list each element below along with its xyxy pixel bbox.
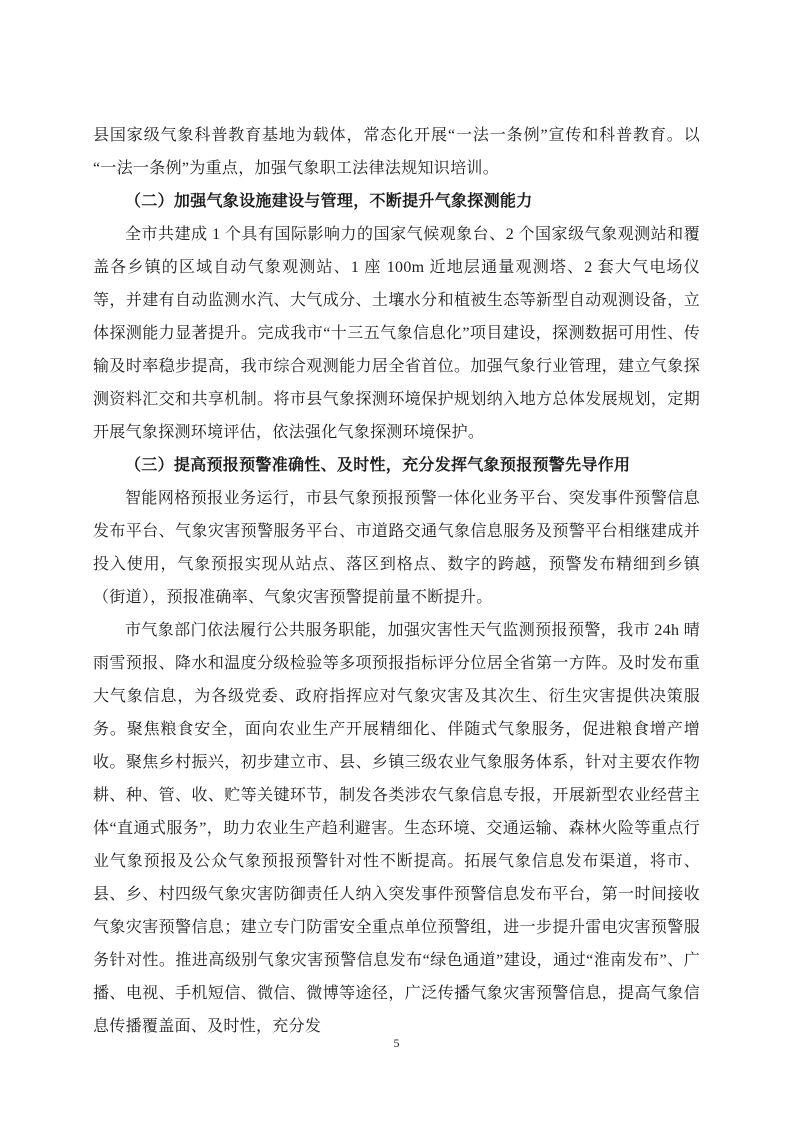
section-heading-3: （三）提高预报预警准确性、及时性，充分发挥气象预报预警先导作用 bbox=[93, 449, 700, 482]
paragraph-observation-capability: 全市共建成 1 个具有国际影响力的国家气候观象台、2 个国家级气象观测站和覆盖各… bbox=[93, 218, 700, 449]
paragraph-public-service: 市气象部门依法履行公共服务职能，加强灾害性天气监测预报预警，我市 24h 晴雨雪… bbox=[93, 614, 700, 1043]
page-number: 5 bbox=[394, 1036, 400, 1050]
document-page: 县国家级气象科普教育基地为载体，常态化开展“一法一条例”宣传和科普教育。以“一法… bbox=[0, 0, 793, 1122]
page-body: 县国家级气象科普教育基地为载体，常态化开展“一法一条例”宣传和科普教育。以“一法… bbox=[93, 119, 700, 1043]
section-heading-2: （二）加强气象设施建设与管理，不断提升气象探测能力 bbox=[93, 185, 700, 218]
page-footer: 5 bbox=[0, 1034, 793, 1052]
paragraph-continuation: 县国家级气象科普教育基地为载体，常态化开展“一法一条例”宣传和科普教育。以“一法… bbox=[93, 119, 700, 185]
paragraph-forecast-platforms: 智能网格预报业务运行，市县气象预报预警一体化业务平台、突发事件预警信息发布平台、… bbox=[93, 482, 700, 614]
